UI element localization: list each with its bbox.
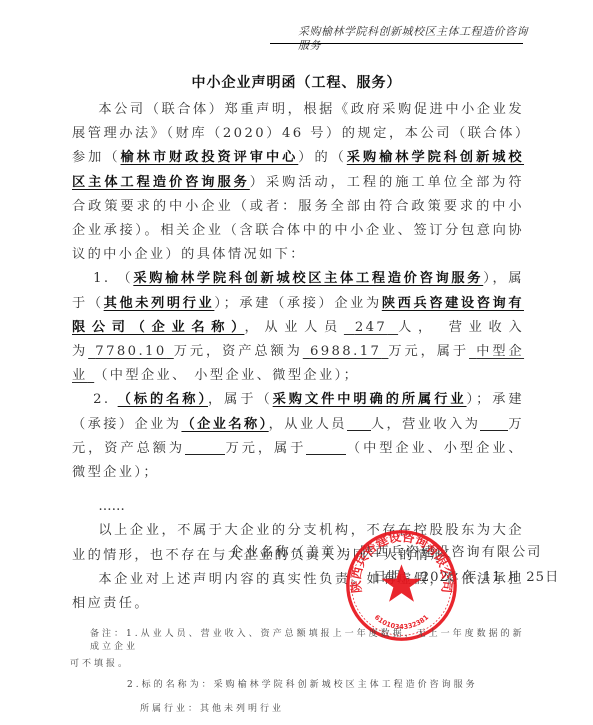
header-rule xyxy=(270,43,523,44)
signature-label: 企业名称（盖章）： xyxy=(230,545,360,560)
item-company: （企业名称） xyxy=(181,417,268,432)
note-2: 2.标的名称为：采购榆林学院科创新城校区主体工程造价咨询服务 xyxy=(127,677,478,690)
page-title: 中小企业声明函（工程、服务） xyxy=(0,72,593,92)
blank-size xyxy=(306,440,346,455)
item-number: 1. （ xyxy=(93,271,133,286)
item-project: （标的名称） xyxy=(118,392,208,407)
item-text: 万元，属于 xyxy=(388,344,469,359)
item-assets: 6988.17 xyxy=(303,344,389,359)
item-text: 人，营业收入为 xyxy=(371,417,481,432)
enterprise-item-1: 1. （采购榆林学院科创新城校区主体工程造价咨询服务），属于（其他未列明行业）；… xyxy=(72,267,524,388)
running-header: 采购榆林学院科创新城校区主体工程造价咨询服务 xyxy=(298,25,528,53)
item-text: ，从业人员 xyxy=(269,417,347,432)
item-text: 万元，属于 xyxy=(225,441,306,456)
item-text: （中型企业、 小型企业、微型企业）； xyxy=(94,368,359,383)
item-industry: 其他未列明行业 xyxy=(104,296,215,311)
date-month: 11 xyxy=(483,570,502,585)
item-project: 采购榆林学院科创新城校区主体工程造价咨询服务 xyxy=(133,271,483,286)
declaration-paragraph: 本公司（联合体）郑重声明，根据《政府采购促进中小企业发展管理办法》（财库（202… xyxy=(72,98,524,267)
item-text: 万元，资产总额为 xyxy=(174,344,303,359)
declaration-text: ）的（ xyxy=(298,150,347,165)
note-1: 备注：1.从业人员、营业收入、资产总额填报上一年度数据，无上一年度数据的新成立企… xyxy=(90,626,530,652)
date-text: 月 xyxy=(507,570,521,585)
item-industry: 采购文件中明确的所属行业 xyxy=(273,392,467,407)
date-text: 日 xyxy=(545,570,559,585)
item-text: ，从业人员 xyxy=(244,320,343,335)
item-number: 2. xyxy=(93,392,118,407)
note-1-continued: 可不填报。 xyxy=(70,656,130,669)
blank-staff xyxy=(347,416,371,431)
item-text: ）；承建（承接）企业为 xyxy=(214,296,381,311)
item-revenue: 7780.10 xyxy=(88,344,174,359)
item-staff: 247 xyxy=(344,320,398,335)
note-text: 1.从业人员、营业收入、资产总额填报上一年度数据，无上一年度数据的新成立企业 xyxy=(90,629,525,652)
date-day: 25 xyxy=(526,570,545,585)
blank-revenue xyxy=(480,416,508,431)
ellipsis: …… xyxy=(72,495,524,519)
enterprise-item-2: 2. （标的名称），属于（采购文件中明确的所属行业）；承建（承接）企业为（企业名… xyxy=(72,388,524,485)
date-text: 年 xyxy=(464,570,478,585)
note-3: 所属行业：其他未列明行业 xyxy=(140,701,284,714)
notes-label: 备注： xyxy=(90,629,126,639)
item-text: ，属于（ xyxy=(208,392,273,407)
blank-assets xyxy=(185,440,225,455)
purchaser-name: 榆林市财政投资评审中心 xyxy=(121,150,299,165)
